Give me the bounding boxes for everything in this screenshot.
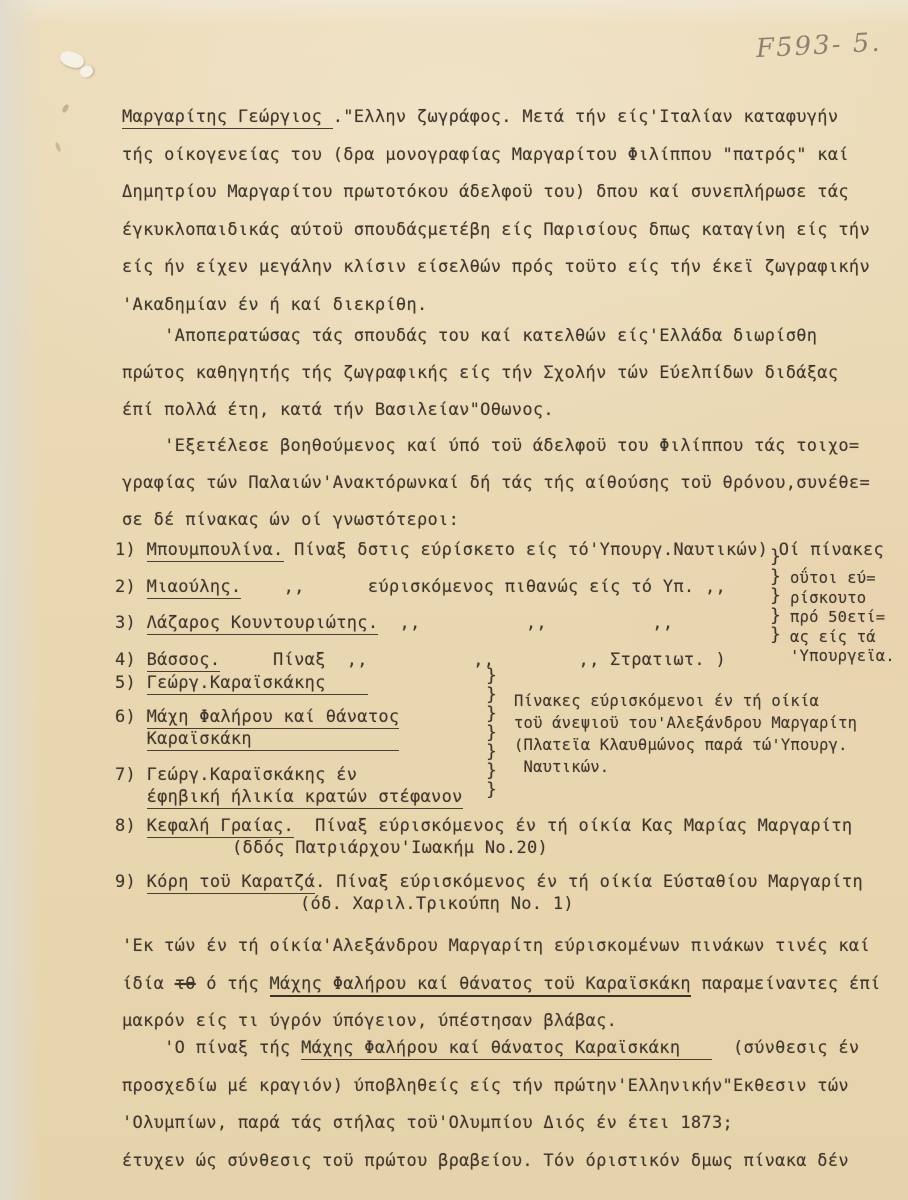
typed-line: ρίσκουτο xyxy=(790,589,895,609)
typed-line: τοϋ άνεψιοϋ του'Αλεξάνδρου Μαργαρίτη xyxy=(514,712,857,734)
paragraph-damage: 'Εκ τών έν τή οίκία'Αλεξάνδρου Μαργαρίτη… xyxy=(122,928,881,1041)
typed-line: έγκυκλοπαιδικάς αύτοϋ σπουδάςμετέβη είς … xyxy=(122,212,870,250)
text-segment xyxy=(115,787,147,807)
text-segment: (δδός Πατριάρχου'Ιωακήμ No.20) xyxy=(232,838,548,858)
typed-line: (όδ. Χαριλ.Τρικούπη No. 1) xyxy=(300,893,863,915)
text-segment: προσχεδίω μέ κραγιόν) ύποβληθείς είς τήν… xyxy=(122,1076,849,1096)
text-segment: είς ήν είχεν μεγάλην κλίσιν είσελθών πρό… xyxy=(122,257,870,277)
underlined-text: Κόρη τοϋ Καρατζά xyxy=(147,872,316,894)
text-segment: παραμείναντες έπί xyxy=(691,974,881,994)
typed-line: } xyxy=(770,547,781,567)
underlined-text: Μπουμπουλίνα. xyxy=(147,540,284,562)
text-segment xyxy=(115,729,147,749)
text-segment: Ναυτικών. xyxy=(514,758,609,776)
underlined-text: Γεώργ.Καραϊσκάκης xyxy=(147,673,368,695)
text-segment: πρώτος καθηγητής τής ζωγραφικής είς τήν … xyxy=(122,363,838,383)
typed-line: } xyxy=(486,742,497,761)
text-segment: 8) xyxy=(115,816,147,836)
paragraph-intro: Μαργαρίτης Γεώργιος ."Ελλην ζωγράφος. Με… xyxy=(122,99,870,325)
typed-line: (Πλατεϊα Κλαυθμώνος παρά τώ'Υπουργ. xyxy=(514,734,857,756)
text-segment: τοϋ άνεψιοϋ του'Αλεξάνδρου Μαργαρίτη xyxy=(514,714,857,732)
brace-items-5-7: }}}}}}} xyxy=(486,666,497,799)
typed-line: 2) Μιαούλης. ,, εύρισκόμενος πιθανώς είς… xyxy=(115,569,884,606)
typed-line: 'Ολυμπίων, παρά τάς στήλας τοϋ'Ολυμπίου … xyxy=(122,1105,859,1143)
typed-line: Πίνακες εύρισκόμενοι έν τή οίκία xyxy=(514,690,857,712)
typed-line: Καραϊσκάκη xyxy=(115,728,399,750)
painting-list-item-6: 6) Μάχη Φαλήρου καί θάνατος Καραϊσκάκη xyxy=(115,706,399,750)
text-segment: Πίναξ εύρισκόμενος έν τή οίκία Κας Μαρία… xyxy=(294,816,852,836)
typed-line: 'Ο πίναξ τής Μάχης Φαλήρου καί θάνατος Κ… xyxy=(122,1030,859,1068)
paper-speck xyxy=(61,103,70,113)
painting-list-item-9: 9) Κόρη τοϋ Καρατζά. Πίναξ εύρισκόμενος … xyxy=(115,871,863,915)
text-segment: Δημητρίου Μαργαρίτου πρωτοτόκου άδελφοϋ … xyxy=(122,182,849,202)
typed-line: έτυχεν ώς σύνθεσις τοϋ πρώτου βραβείου. … xyxy=(122,1143,859,1181)
typed-line: οΰτοι εύ= xyxy=(790,569,895,589)
typed-line: 1) Μπουμπουλίνα. Πίναξ δστις εύρίσκετο ε… xyxy=(115,532,884,569)
typed-line: } xyxy=(770,586,781,606)
text-segment: μακρόν είς τι ύγρόν ύπόγειον, ύπέστησαν … xyxy=(122,1011,617,1031)
text-segment: } xyxy=(770,585,781,606)
text-segment: 1) xyxy=(115,540,147,560)
painting-list-item-8: 8) Κεφαλή Γραίας. Πίναξ εύρισκόμενος έν … xyxy=(115,815,852,859)
underlined-text: Μάχης Φαλήρου καί θάνατος τοϋ Καραϊσκάκη xyxy=(270,974,691,997)
text-segment: έτυχεν ώς σύνθεσις τοϋ πρώτου βραβείου. … xyxy=(122,1151,849,1171)
brace-items-1-4: }}}}} xyxy=(770,547,781,645)
document-page: F593- 5. Μαργαρίτης Γεώργιος ."Ελλην ζωγ… xyxy=(0,0,908,1200)
text-segment: τής οίκογενείας του (δρα μονογραφίας Μαρ… xyxy=(122,145,849,165)
text-segment: έγκυκλοπαιδικάς αύτοϋ σπουδάςμετέβη είς … xyxy=(122,220,870,240)
text-segment: ,, εύρισκόμενος πιθανώς είς τό Υπ. ,, xyxy=(241,577,726,597)
text-segment: πρό 50ετί= xyxy=(790,608,885,626)
text-segment: ίδία xyxy=(122,974,175,994)
text-segment: } xyxy=(486,703,497,724)
underlined-text: Καραϊσκάκη xyxy=(147,729,400,751)
typed-line: είς ήν είχεν μεγάλην κλίσιν είσελθών πρό… xyxy=(122,249,870,287)
typed-line: προσχεδίω μέ κραγιόν) ύποβληθείς είς τήν… xyxy=(122,1068,859,1106)
text-segment: Πίνακες εύρισκόμενοι έν τή οίκία xyxy=(514,692,819,710)
typed-line: } xyxy=(770,606,781,626)
text-segment: Πίναξ ,, ,, ,, Στρατιωτ. ) xyxy=(220,650,726,670)
text-segment: 'Ακαδημίαν έν ή καί διεκρίθη. xyxy=(122,295,428,315)
typed-line: 3) Λάζαρος Κουντουριώτης. ,, ,, ,, xyxy=(115,605,884,642)
typed-line: } xyxy=(486,704,497,723)
text-segment: 'Ο πίναξ τής xyxy=(122,1038,301,1058)
text-segment: } xyxy=(770,605,781,626)
text-segment: 7) Γεώργ.Καραϊσκάκης έν xyxy=(115,765,357,785)
text-segment: (Πλατεϊα Κλαυθμώνος παρά τώ'Υπουργ. xyxy=(514,736,848,754)
text-segment: Πίναξ δστις εύρίσκετο είς τό'Υπουργ.Ναυτ… xyxy=(284,540,885,560)
underlined-text: έφηβική ήλικία κρατών στέφανον xyxy=(147,787,463,809)
text-segment: οΰτοι εύ= xyxy=(790,569,876,587)
typed-line: 'Υπουργεϊα. xyxy=(790,647,895,667)
typed-line: } xyxy=(486,666,497,685)
text-segment: ας είς τά xyxy=(790,628,876,646)
underlined-text: Βάσσος. xyxy=(147,650,221,672)
text-segment: ό τής xyxy=(196,974,270,994)
painting-list-items-1-4: 1) Μπουμπουλίνα. Πίναξ δστις εύρίσκετο ε… xyxy=(115,532,884,678)
typed-line: 9) Κόρη τοϋ Καρατζά. Πίναξ εύρισκόμενος … xyxy=(115,871,863,893)
underlined-text: Μάχη Φαλήρου καί θάνατος xyxy=(147,707,400,729)
typed-line: ίδία τθ ό τής Μάχης Φαλήρου καί θάνατος … xyxy=(122,966,881,1004)
text-segment: } xyxy=(486,722,497,743)
text-segment: 'Ολυμπίων, παρά τάς στήλας τοϋ'Ολυμπίου … xyxy=(122,1113,733,1133)
text-segment: 4) xyxy=(115,650,147,670)
typed-line: πρώτος καθηγητής τής ζωγραφικής είς τήν … xyxy=(122,355,838,392)
text-segment: 'Εκ τών έν τή οίκία'Αλεξάνδρου Μαργαρίτη… xyxy=(122,936,870,956)
typed-line: ας είς τά xyxy=(790,628,895,648)
typed-line: έφηβική ήλικία κρατών στέφανον xyxy=(115,786,463,808)
struck-text: τθ xyxy=(175,974,196,994)
text-segment: 9) xyxy=(115,872,147,892)
typed-line: 5) Γεώργ.Καραϊσκάκης xyxy=(115,672,368,694)
text-segment: 'Αποπερατώσας τάς σπουδάς του καί κατελθ… xyxy=(122,326,817,346)
underlined-text: Κεφαλή Γραίας. xyxy=(147,816,295,838)
typed-line: } xyxy=(486,723,497,742)
typed-line: } xyxy=(486,685,497,704)
paragraph-studies: 'Αποπερατώσας τάς σπουδάς του καί κατελθ… xyxy=(122,318,838,429)
text-segment: 5) xyxy=(115,673,147,693)
typed-line: } xyxy=(486,780,497,799)
typed-line: πρό 50ετί= xyxy=(790,608,895,628)
typed-line: 'Αποπερατώσας τάς σπουδάς του καί κατελθ… xyxy=(122,318,838,355)
paper-speck xyxy=(54,142,61,153)
text-segment: ρίσκουτο xyxy=(790,589,866,607)
text-segment: . Πίναξ εύρισκόμενος έν τή οίκία Εύσταθί… xyxy=(315,872,863,892)
typed-line: 'Εξετέλεσε βοηθούμενος καί ύπό τοϋ άδελφ… xyxy=(122,428,870,465)
text-segment: } xyxy=(486,779,497,800)
text-segment: σε δέ πίνακας ών οί γνωστότεροι: xyxy=(122,510,459,530)
underlined-text: Μαργαρίτης Γεώργιος xyxy=(122,107,333,129)
text-segment: 'Εξετέλεσε βοηθούμενος καί ύπό τοϋ άδελφ… xyxy=(122,436,859,456)
typed-line: Μαργαρίτης Γεώργιος ."Ελλην ζωγράφος. Με… xyxy=(122,99,870,137)
painting-list-item-5: 5) Γεώργ.Καραϊσκάκης xyxy=(115,672,368,694)
text-segment: } xyxy=(486,665,497,686)
painting-list-item-7: 7) Γεώργ.Καραϊσκάκης έν έφηβική ήλικία κ… xyxy=(115,764,463,808)
text-segment: 3) xyxy=(115,613,147,633)
text-segment: } xyxy=(770,624,781,645)
text-segment: } xyxy=(770,566,781,587)
text-segment: 'Υπουργεϊα. xyxy=(790,647,895,665)
typed-line: 7) Γεώργ.Καραϊσκάκης έν xyxy=(115,764,463,786)
text-segment: } xyxy=(486,741,497,762)
typed-line: έπί πολλά έτη, κατά τήν Βασιλείαν"Οθωνος… xyxy=(122,392,838,429)
typed-line: γραφίας τών Παλαιών'Ανακτόρωνκαί δή τάς … xyxy=(122,465,870,502)
typed-line: } xyxy=(770,625,781,645)
text-segment: έπί πολλά έτη, κατά τήν Βασιλείαν"Οθωνος… xyxy=(122,400,554,420)
underlined-text: Μάχης Φαλήρου καί θάνατος Καραϊσκάκη xyxy=(301,1038,712,1060)
text-segment: γραφίας τών Παλαιών'Ανακτόρωνκαί δή τάς … xyxy=(122,473,870,493)
handwritten-page-number: F593- 5. xyxy=(755,26,908,64)
text-segment: } xyxy=(486,684,497,705)
note-items-1-4: οΰτοι εύ=ρίσκουτοπρό 50ετί=ας είς τά'Υπο… xyxy=(790,569,895,667)
typed-line: } xyxy=(770,567,781,587)
typed-line: Δημητρίου Μαργαρίτου πρωτοτόκου άδελφοϋ … xyxy=(122,174,870,212)
typed-line: τής οίκογενείας του (δρα μονογραφίας Μαρ… xyxy=(122,137,870,175)
text-segment: 2) xyxy=(115,577,147,597)
text-segment: ."Ελλην ζωγράφος. Μετά τήν είς'Ιταλίαν κ… xyxy=(333,107,839,127)
paragraph-frescoes: 'Εξετέλεσε βοηθούμενος καί ύπό τοϋ άδελφ… xyxy=(122,428,870,539)
typed-line: 8) Κεφαλή Γραίας. Πίναξ εύρισκόμενος έν … xyxy=(115,815,852,837)
note-items-5-7: Πίνακες εύρισκόμενοι έν τή οίκίατοϋ άνεψ… xyxy=(514,690,857,778)
underlined-text: Μιαούλης. xyxy=(147,577,242,599)
text-segment: } xyxy=(486,760,497,781)
typed-line: 6) Μάχη Φαλήρου καί θάνατος xyxy=(115,706,399,728)
typed-line: Ναυτικών. xyxy=(514,756,857,778)
text-segment: ,, ,, ,, xyxy=(378,613,673,633)
typed-line: } xyxy=(486,761,497,780)
text-segment: 6) xyxy=(115,707,147,727)
typed-line: 'Εκ τών έν τή οίκία'Αλεξάνδρου Μαργαρίτη… xyxy=(122,928,881,966)
text-segment: (σύνθεσις έν xyxy=(712,1038,860,1058)
typed-line: (δδός Πατριάρχου'Ιωακήμ No.20) xyxy=(232,837,852,859)
text-segment: (όδ. Χαριλ.Τρικούπη No. 1) xyxy=(300,894,574,914)
text-segment: } xyxy=(770,546,781,567)
paragraph-exhibition: 'Ο πίναξ τής Μάχης Φαλήρου καί θάνατος Κ… xyxy=(122,1030,859,1180)
underlined-text: Λάζαρος Κουντουριώτης. xyxy=(147,613,379,635)
